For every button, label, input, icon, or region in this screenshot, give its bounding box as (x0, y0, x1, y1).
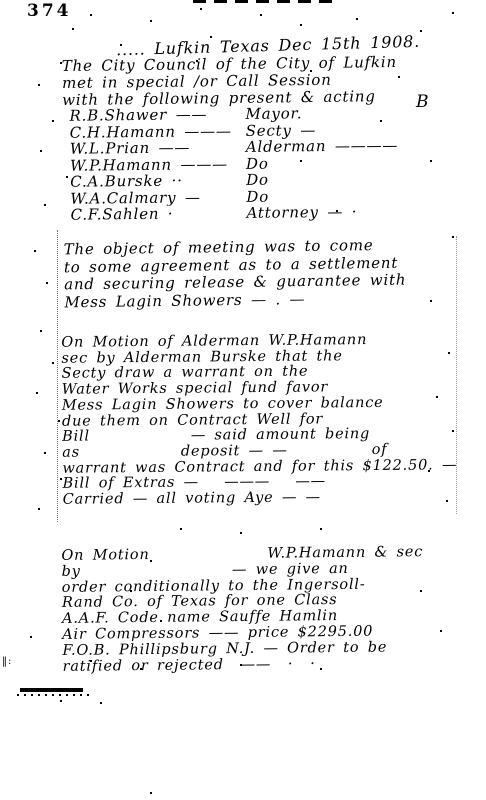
attendee-name: W.P.Hamann ——— (70, 155, 246, 173)
motion-paragraph-1: On Motion of Alderman W.P.Hamann sec by … (61, 332, 457, 508)
page-number: 374 (27, 1, 72, 21)
manuscript-line: Carried — all voting Aye — — (63, 489, 458, 508)
attendee-role: Mayor. (245, 105, 302, 122)
roster-row: W.L.Prian —— Alderman ———— (70, 137, 398, 157)
bottom-rule-speckle (17, 694, 91, 696)
attendee-name: W.A.Calmary — (70, 188, 246, 206)
scan-noise-layer-bottom (0, 0, 2, 2)
left-margin-dotted-line (57, 230, 58, 522)
bottom-rule (20, 688, 83, 692)
cutoff-print-fragment (193, 0, 333, 3)
attendee-role: Alderman ———— (246, 137, 398, 155)
manuscript-line: ratified or rejected —— · · (63, 656, 425, 676)
attendee-role: Do (246, 188, 269, 205)
attendee-name: C.A.Burske ·· (70, 172, 246, 190)
object-paragraph: The object of meeting was to come to som… (64, 237, 407, 312)
attendee-role: Do (246, 172, 269, 189)
attendee-name: C.F.Sahlen · (70, 205, 246, 223)
attendee-name: W.L.Prian —— (70, 139, 246, 157)
manuscript-line: Mess Lagin Showers — . — (64, 289, 406, 311)
attendee-name: C.H.Hamann ——— (70, 122, 246, 140)
margin-mark: ‖: (2, 656, 12, 667)
roster-row: C.F.Sahlen · Attorney — · (70, 203, 398, 223)
opening-paragraph: The City Council of the City of Lufkin m… (62, 54, 398, 109)
motion-paragraph-2: On Motion W.P.Hamann & sec by — we give … (61, 545, 424, 675)
ink-flourish: B (416, 92, 429, 112)
attendee-name: R.B.Shawer —— (69, 106, 245, 124)
attendance-roster: R.B.Shawer —— Mayor. C.H.Hamann ——— Sect… (69, 104, 398, 223)
scanned-minutes-page: 374 ..... Lufkin Texas Dec 15th 1908. Th… (0, 0, 486, 800)
attendee-role: Do (246, 155, 269, 172)
attendee-role: Attorney — · (246, 204, 357, 222)
